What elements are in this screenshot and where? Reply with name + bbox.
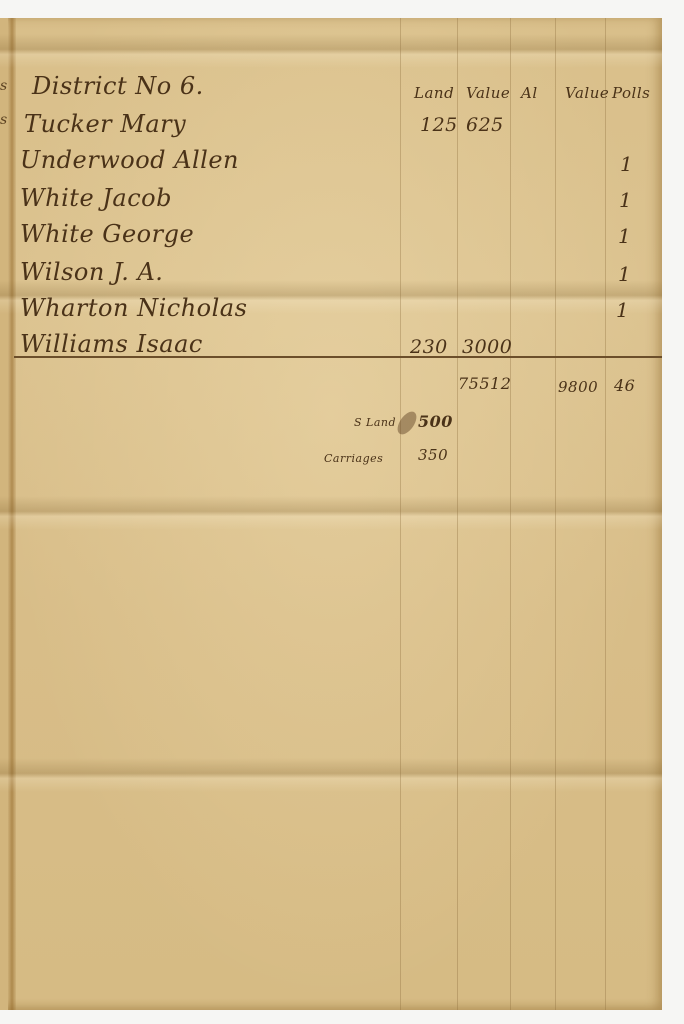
row-polls: 1: [616, 298, 629, 322]
row-polls: 1: [618, 262, 631, 286]
row-polls: 1: [619, 188, 632, 212]
column-rule: [510, 18, 511, 1010]
column-header-value: Value: [466, 84, 510, 102]
column-rule: [457, 18, 458, 1010]
margin-mark: s: [0, 112, 7, 128]
row-name: Wharton Nicholas: [20, 294, 247, 322]
row-polls: 1: [620, 152, 633, 176]
total-polls: 46: [614, 376, 635, 395]
district-heading: District No 6.: [32, 72, 204, 100]
column-rule: [555, 18, 556, 1010]
paper-fold: [0, 34, 662, 68]
ledger-page: s s District No 6. Land Value Al Value P…: [0, 18, 662, 1010]
note-label: Carriages: [324, 452, 383, 465]
note-amount: 350: [418, 446, 448, 464]
row-name: White George: [20, 220, 194, 248]
column-header-land: Land: [414, 84, 454, 102]
row-name: Williams Isaac: [20, 330, 203, 358]
note-label: S Land: [354, 416, 396, 429]
paper-fold: [0, 496, 662, 530]
row-land: 230: [410, 336, 448, 358]
row-land: 125: [420, 114, 458, 136]
column-rule: [605, 18, 606, 1010]
row-name: White Jacob: [20, 184, 172, 212]
margin-mark: s: [0, 78, 7, 94]
column-header-extra: Al: [521, 84, 538, 102]
paper-fold: [0, 758, 662, 792]
ink-blot: [394, 408, 420, 437]
total-value2: 9800: [558, 378, 598, 396]
column-header-value2: Value: [565, 84, 609, 102]
total-rule: [14, 356, 662, 358]
column-rule: [400, 18, 401, 1010]
row-value: 3000: [462, 336, 512, 358]
row-name: Tucker Mary: [24, 110, 186, 138]
row-polls: 1: [618, 224, 631, 248]
note-amount: 500: [418, 412, 453, 431]
total-value: 75512: [458, 374, 511, 393]
row-value: 625: [466, 114, 504, 136]
row-name: Underwood Allen: [20, 146, 239, 174]
column-header-polls: Polls: [612, 84, 650, 102]
row-name: Wilson J. A.: [20, 258, 163, 286]
